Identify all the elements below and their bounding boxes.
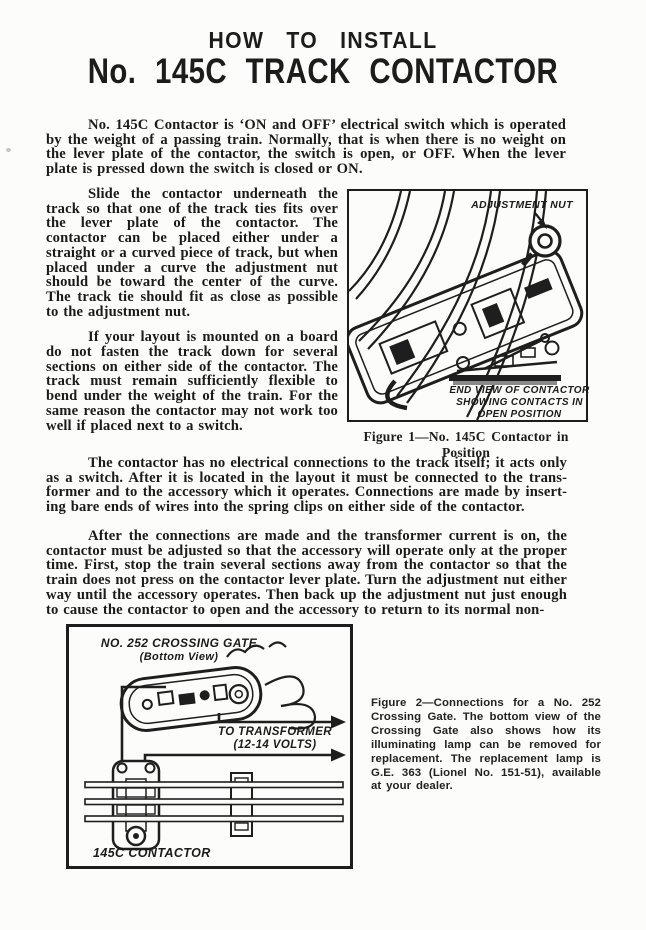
page-title: No. 145C TRACK CONTACTOR (52, 52, 595, 92)
figure2-frame: NO. 252 CROSSING GATE (Bottom View) TO T… (66, 624, 353, 869)
paragraph-adjustment: After the connections are made and the t… (46, 529, 567, 617)
paragraph-connections: The contactor has no electrical connecti… (46, 456, 567, 515)
page-title-kicker: HOW TO INSTALL (26, 27, 620, 54)
figure2-caption: Figure 2—Connections for a No. 252 Cross… (371, 697, 601, 794)
paragraph-intro: No. 145C Contactor is ‘ON and OFF’ elect… (46, 118, 566, 177)
paragraph-layout-board: If your layout is mounted on a board do … (46, 330, 338, 433)
adjustment-nut-label: ADJUSTMENT NUT (461, 200, 583, 212)
transformer-label-line1: TO TRANSFORMER (211, 726, 339, 739)
end-view-label-line2: SHOWING CONTACTS IN (437, 397, 602, 408)
end-view-label-line3: OPEN POSITION (437, 409, 602, 420)
figure1-frame: ADJUSTMENT NUT END VIEW OF CONTACTOR SHO… (347, 189, 588, 422)
instruction-sheet-page: HOW TO INSTALL No. 145C TRACK CONTACTOR … (0, 0, 646, 930)
left-column: Slide the contactor underneath the track… (46, 187, 338, 433)
contactor-label: 145C CONTACTOR (93, 847, 253, 861)
scan-speck (6, 148, 11, 152)
end-view-sketch (449, 334, 561, 385)
paragraph-slide-contactor: Slide the contactor underneath the track… (46, 187, 338, 319)
end-view-label-line1: END VIEW OF CONTACTOR (437, 385, 602, 396)
gate-title-label: NO. 252 CROSSING GATE (99, 637, 259, 650)
gate-subtitle-label: (Bottom View) (99, 651, 259, 663)
transformer-label-line2: (12-14 VOLTS) (211, 739, 339, 752)
